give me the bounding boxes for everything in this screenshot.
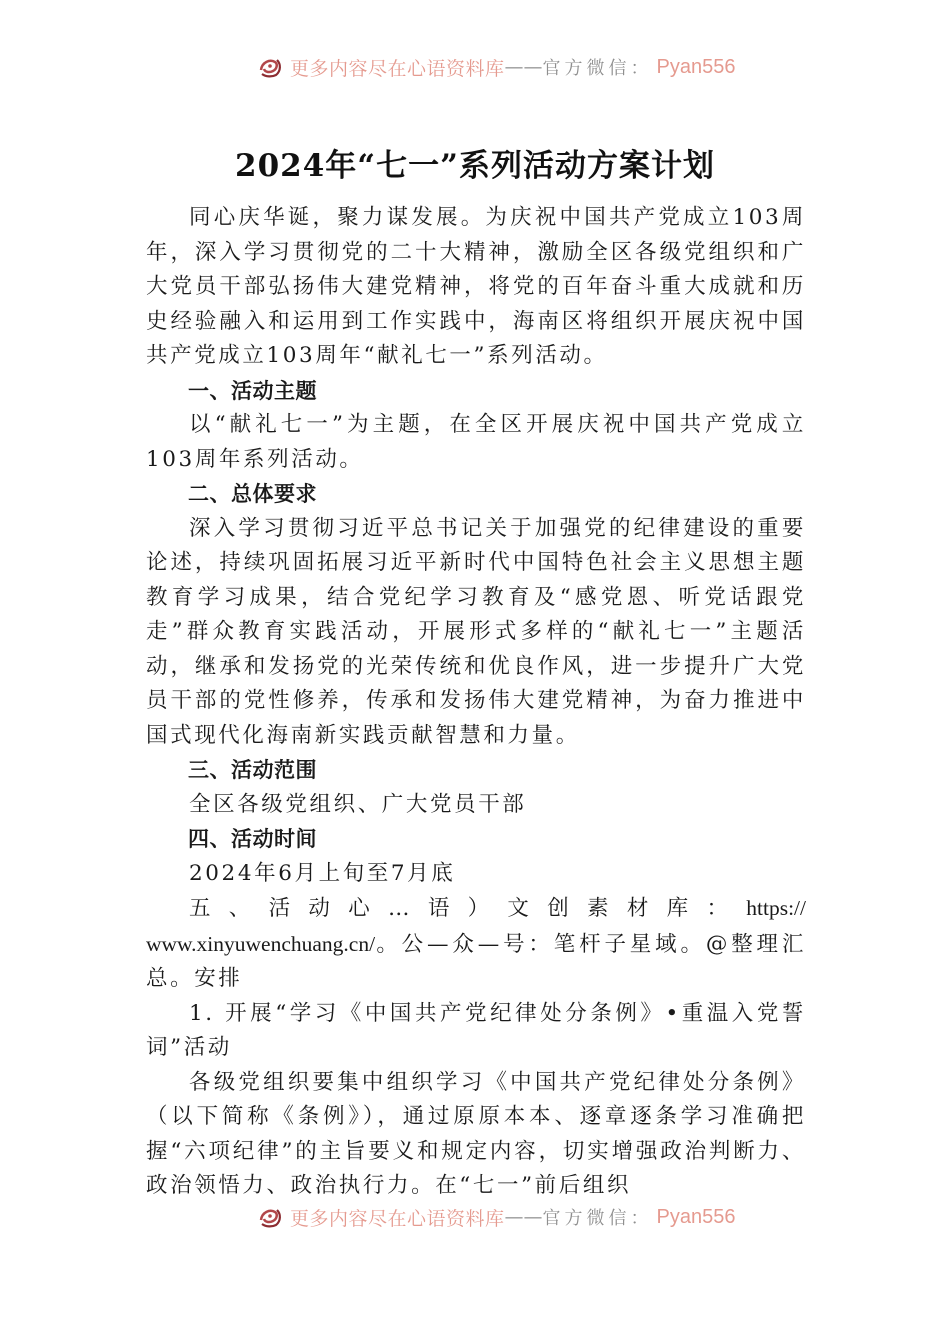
- watermark-library-text: 更多内容尽在心语资料库: [290, 1208, 505, 1231]
- intro-paragraph: 同心庆华诞，聚力谋发展。为庆祝中国共产党成立103周年，深入学习贯彻党的二十大精…: [146, 201, 806, 374]
- document-body: 同心庆华诞，聚力谋发展。为庆祝中国共产党成立103周年，深入学习贯彻党的二十大精…: [146, 201, 806, 1204]
- watermark-dash: ——: [505, 1208, 543, 1228]
- section-heading-requirements: 二、总体要求: [146, 477, 806, 512]
- watermark-wechat-label: 官方微信：: [543, 1208, 653, 1230]
- section-heading-theme: 一、活动主题: [146, 374, 806, 409]
- section-five-spread-text: 五、活动心…语）文创素材库：: [189, 896, 746, 921]
- header-watermark: 更多内容尽在心语资料库 —— 官方微信： Pyan556: [258, 58, 738, 84]
- section-five-paragraph: 五、活动心…语）文创素材库：https://www.xinyuwenchuang…: [146, 891, 806, 997]
- item1-body: 各级党组织要集中组织学习《中国共产党纪律处分条例》（以下简称《条例》），通过原原…: [146, 1066, 806, 1204]
- brand-logo-icon: [258, 1208, 284, 1228]
- section-body-theme: 以“献礼七一”为主题，在全区开展庆祝中国共产党成立103周年系列活动。: [146, 408, 806, 477]
- footer-watermark: 更多内容尽在心语资料库 —— 官方微信： Pyan556: [258, 1208, 738, 1234]
- document-title: 2024年“七一”系列活动方案计划: [0, 140, 950, 185]
- section-heading-time: 四、活动时间: [146, 822, 806, 857]
- section-body-scope: 全区各级党组织、广大党员干部: [146, 788, 806, 823]
- watermark-wechat-id: Pyan556: [657, 58, 736, 79]
- watermark-wechat-label: 官方微信：: [543, 58, 653, 80]
- brand-logo-icon: [258, 58, 284, 78]
- source-url-part2: www.xinyuwenchuang.cn/: [146, 932, 375, 956]
- source-url-part1: https://: [746, 896, 806, 920]
- section-body-requirements: 深入学习贯彻习近平总书记关于加强党的纪律建设的重要论述，持续巩固拓展习近平新时代…: [146, 512, 806, 754]
- watermark-wechat-id: Pyan556: [657, 1208, 736, 1229]
- item1-heading: 1. 开展“学习《中国共产党纪律处分条例》•重温入党誓词”活动: [146, 997, 806, 1066]
- section-body-time: 2024年6月上旬至7月底: [146, 857, 806, 892]
- watermark-library-text: 更多内容尽在心语资料库: [290, 58, 505, 81]
- watermark-dash: ——: [505, 58, 543, 78]
- section-heading-scope: 三、活动范围: [146, 753, 806, 788]
